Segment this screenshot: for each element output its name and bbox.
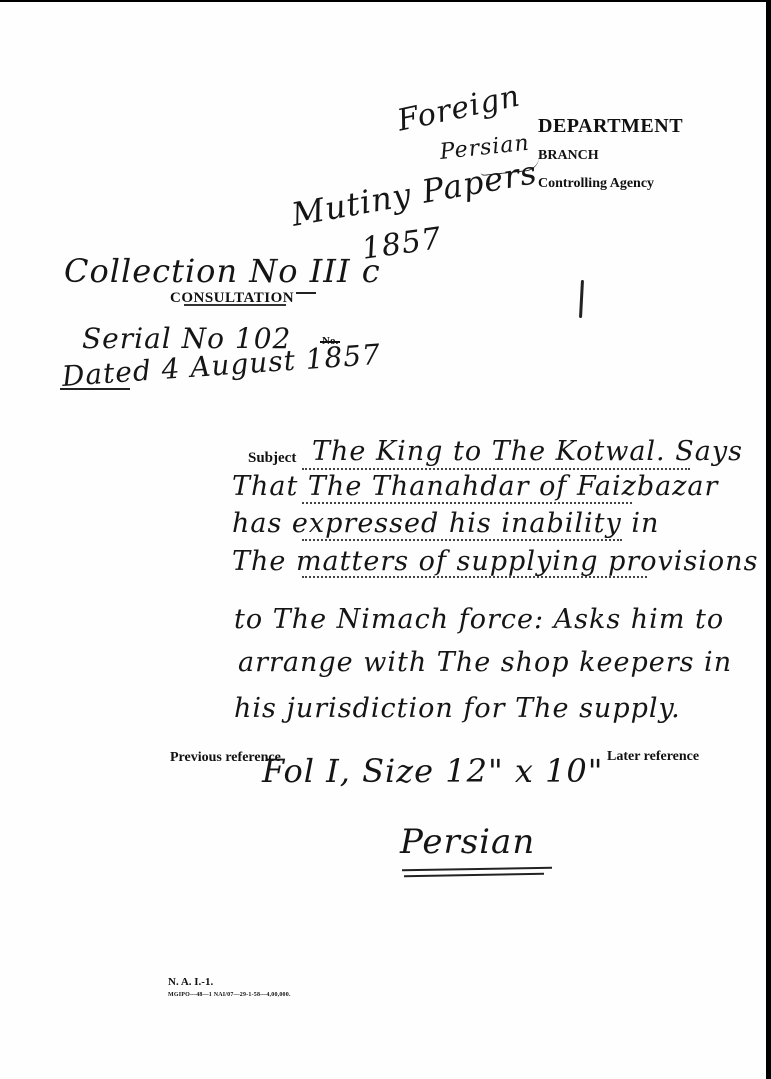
- controlling-agency-label: Controlling Agency: [538, 176, 654, 192]
- language-underline: [404, 873, 544, 877]
- subject-dotted-rule: [302, 468, 690, 470]
- consultation-strikethrough: [184, 304, 286, 306]
- language-underline: [402, 867, 552, 871]
- subject-dotted-rule: [302, 539, 622, 541]
- printer-imprint: MGIPO—48—1 NAI/07—29-1-58—4,00,000.: [168, 992, 291, 998]
- later-reference-label: Later reference: [607, 749, 699, 765]
- subject-line-5: to The Nimach force: Asks him to: [234, 604, 724, 635]
- margin-mark: [579, 280, 584, 318]
- document-page: Foreign DEPARTMENT Persian BRANCH Contro…: [0, 0, 771, 1079]
- date-underline: [60, 388, 130, 390]
- handwritten-language: Persian: [400, 822, 535, 862]
- subject-line-1: The King to The Kotwal. Says: [312, 436, 743, 467]
- form-code: N. A. I.-1.: [168, 976, 213, 988]
- subject-line-2: That The Thanahdar of Faizbazar: [232, 471, 718, 502]
- department-label: DEPARTMENT: [538, 115, 683, 138]
- subject-line-7: his jurisdiction for The supply.: [234, 693, 681, 724]
- scan-border-top: [0, 0, 771, 2]
- branch-label: BRANCH: [538, 148, 599, 164]
- subject-line-4: The matters of supplying provisions: [232, 546, 758, 577]
- handwritten-collection: Collection No III c: [64, 252, 381, 290]
- subject-line-6: arrange with The shop keepers in: [238, 647, 732, 678]
- handwritten-series-title: Mutiny Papers: [289, 153, 540, 234]
- subject-dotted-rule: [302, 502, 632, 504]
- scan-border-right: [766, 0, 771, 1079]
- collection-underline: [296, 292, 316, 294]
- handwritten-folio-size: Fol I, Size 12" x 10": [262, 752, 604, 790]
- subject-label: Subject: [248, 450, 296, 467]
- handwritten-department: Foreign: [394, 79, 523, 139]
- subject-line-3: has expressed his inability in: [232, 508, 659, 539]
